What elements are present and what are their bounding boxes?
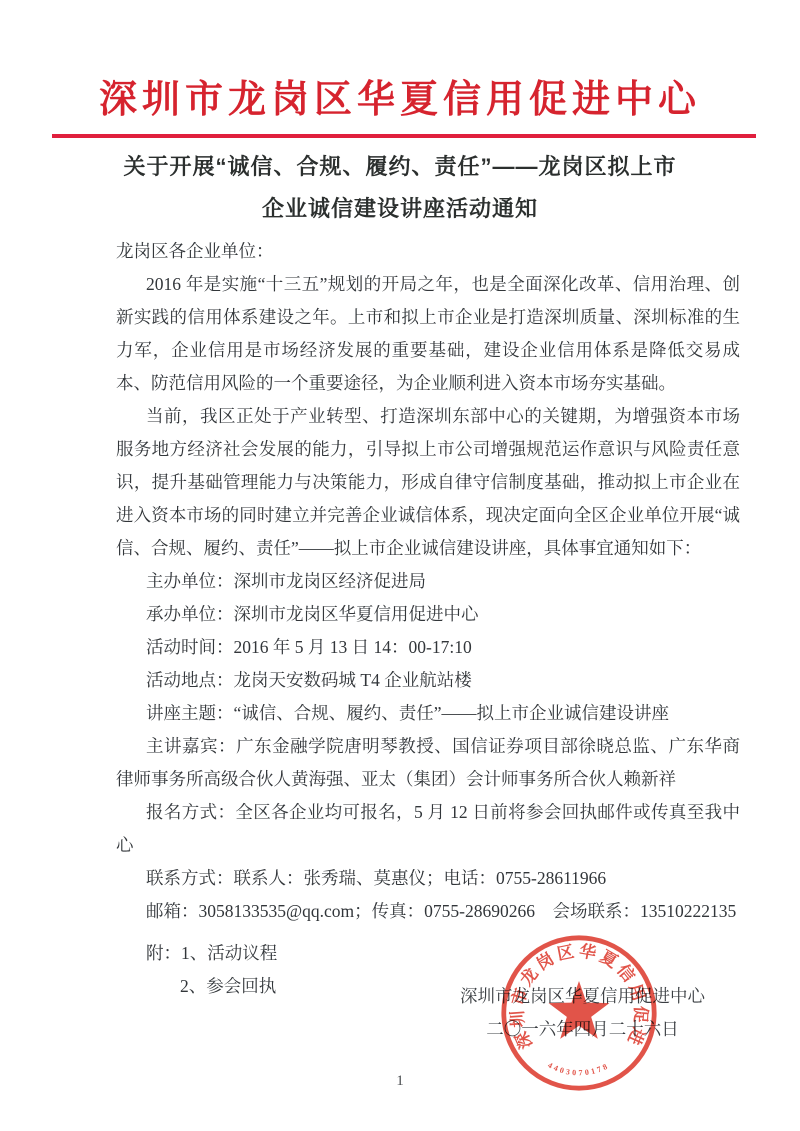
detail-event-time: 活动时间：2016 年 5 月 13 日 14：00-17:10: [116, 631, 740, 664]
detail-event-location: 活动地点：龙岗天安数码城 T4 企业航站楼: [116, 664, 740, 697]
detail-host-unit: 主办单位：深圳市龙岗区经济促进局: [116, 565, 740, 598]
body-paragraph-1: 2016 年是实施“十三五”规划的开局之年，也是全面深化改革、信用治理、创新实践…: [116, 268, 740, 400]
notice-title: 关于开展“诚信、合规、履约、责任”——龙岗区拟上市 企业诚信建设讲座活动通知: [0, 146, 800, 230]
body-paragraph-2: 当前，我区正处于产业转型、打造深圳东部中心的关键期，为增强资本市场服务地方经济社…: [116, 400, 740, 565]
star-icon: [549, 981, 610, 1039]
document-page: 深圳市龙岗区华夏信用促进中心 关于开展“诚信、合规、履约、责任”——龙岗区拟上市…: [0, 0, 800, 1131]
notice-body: 龙岗区各企业单位： 2016 年是实施“十三五”规划的开局之年，也是全面深化改革…: [116, 235, 740, 1003]
official-seal-stamp: 深圳市龙岗区华夏信用促进中心 4403070178518: [499, 933, 659, 1093]
notice-title-line2: 企业诚信建设讲座活动通知: [0, 188, 800, 230]
detail-guest-speakers: 主讲嘉宾：广东金融学院唐明琴教授、国信证券项目部徐晓总监、广东华商律师事务所高级…: [116, 730, 740, 796]
detail-contact-info: 联系方式：联系人：张秀瑞、莫惠仪；电话：0755-28611966: [116, 862, 740, 895]
salutation: 龙岗区各企业单位：: [116, 235, 740, 268]
detail-email-fax: 邮箱：3058133535@qq.com；传真：0755-28690266 会场…: [116, 895, 740, 928]
page-number: 1: [0, 1071, 800, 1091]
detail-organizer-unit: 承办单位：深圳市龙岗区华夏信用促进中心: [116, 598, 740, 631]
letterhead-org-name: 深圳市龙岗区华夏信用促进中心: [0, 74, 800, 126]
letterhead-divider-rule: [52, 134, 756, 138]
detail-lecture-topic: 讲座主题：“诚信、合规、履约、责任”——拟上市企业诚信建设讲座: [116, 697, 740, 730]
notice-title-line1: 关于开展“诚信、合规、履约、责任”——龙岗区拟上市: [0, 146, 800, 188]
detail-registration-method: 报名方式：全区各企业均可报名，5 月 12 日前将参会回执邮件或传真至我中心: [116, 796, 740, 862]
